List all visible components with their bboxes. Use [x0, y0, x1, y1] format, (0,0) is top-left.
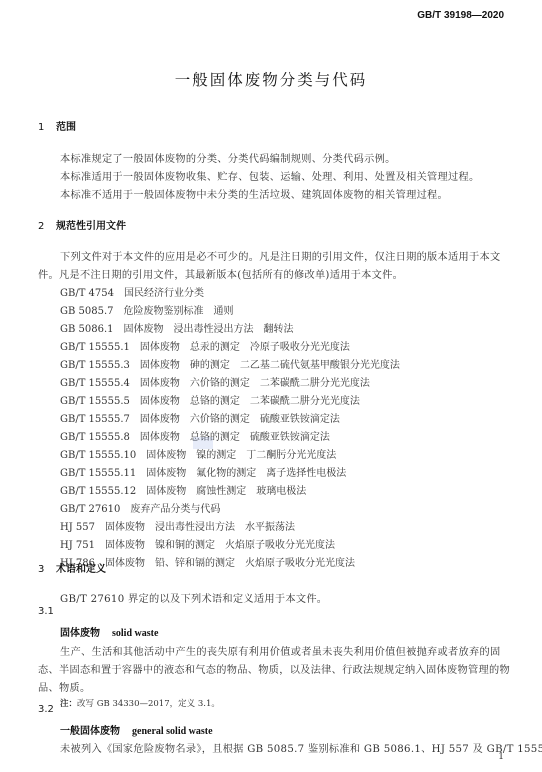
reference-title: 废弃产品分类与代码 [130, 504, 220, 515]
reference-code: GB/T 15555.5 [60, 396, 130, 407]
reference-title: 固体废物 六价铬的测定 二苯碳酰二肼分光光度法 [140, 378, 370, 389]
reference-item: GB 5085.7危险废物鉴别标准 通则 [60, 302, 244, 317]
reference-code: GB 5085.7 [60, 306, 114, 317]
reference-title: 国民经济行业分类 [124, 288, 204, 299]
section-1-heading: 1范围 [38, 118, 76, 133]
reference-title: 固体废物 铅、锌和镉的测定 火焰原子吸收分光光度法 [105, 558, 355, 569]
standard-number: GB/T 39198—2020 [417, 10, 504, 21]
note-text: 改写 GB 34330—2017，定义 3.1。 [77, 699, 220, 709]
section-title: 规范性引用文件 [56, 221, 126, 232]
section-number: 1 [38, 122, 56, 133]
reference-title: 固体废物 氟化物的测定 离子选择性电极法 [146, 468, 346, 479]
document-title: 一般固体废物分类与代码 [0, 68, 542, 90]
reference-code: GB/T 15555.1 [60, 342, 130, 353]
reference-item: GB/T 4754国民经济行业分类 [60, 284, 214, 299]
term-en: solid waste [112, 628, 158, 639]
reference-item: GB/T 15555.4固体废物 六价铬的测定 二苯碳酰二肼分光光度法 [60, 374, 380, 389]
term-zh: 固体废物 [60, 628, 100, 639]
reference-code: GB/T 15555.10 [60, 450, 136, 461]
reference-title: 固体废物 六价铬的测定 硫酸亚铁铵滴定法 [140, 414, 340, 425]
reference-title: 固体废物 浸出毒性浸出方法 水平振荡法 [105, 522, 295, 533]
reference-code: GB/T 15555.7 [60, 414, 130, 425]
paragraph: 本标准适用于一般固体废物收集、贮存、包装、运输、处理、利用、处置及相关管理过程。 [60, 168, 480, 183]
reference-item: GB/T 15555.7固体废物 六价铬的测定 硫酸亚铁铵滴定法 [60, 410, 350, 425]
term-zh: 一般固体废物 [60, 726, 120, 737]
reference-item: HJ 557固体废物 浸出毒性浸出方法 水平振荡法 [60, 518, 305, 533]
paragraph: GB/T 27610 界定的以及下列术语和定义适用于本文件。 [60, 590, 327, 605]
reference-item: GB/T 15555.3固体废物 砷的测定 二乙基二硫代氨基甲酸银分光光度法 [60, 356, 410, 371]
paragraph: 本标准不适用于一般固体废物中未分类的生活垃圾、建筑固体废物的相关管理过程。 [60, 186, 448, 201]
term-note: 注：改写 GB 34330—2017，定义 3.1。 [60, 697, 220, 709]
reference-code: GB/T 15555.4 [60, 378, 130, 389]
reference-title: 固体废物 镍的测定 丁二酮肟分光光度法 [146, 450, 336, 461]
reference-code: HJ 557 [60, 522, 95, 533]
reference-title: 固体废物 镍和铜的测定 火焰原子吸收分光光度法 [105, 540, 335, 551]
reference-title: 固体废物 总铬的测定 二苯碳酰二肼分光光度法 [140, 396, 360, 407]
reference-title: 危险废物鉴别标准 通则 [124, 306, 234, 317]
reference-code: GB/T 15555.8 [60, 432, 130, 443]
reference-code: HJ 751 [60, 540, 95, 551]
page-number: 1 [498, 752, 504, 762]
reference-code: GB/T 27610 [60, 504, 120, 515]
reference-item: GB/T 15555.1固体废物 总汞的测定 冷原子吸收分光光度法 [60, 338, 360, 353]
term-heading: 一般固体废物general solid waste [60, 722, 213, 737]
section-title: 术语和定义 [56, 564, 106, 575]
definition-line: 态、半固态和置于容器中的液态和气态的物品、物质，以及法律、行政法规规定纳入固体废… [38, 661, 510, 676]
reference-title: 固体废物 总汞的测定 冷原子吸收分光光度法 [140, 342, 350, 353]
reference-item: GB/T 15555.5固体废物 总铬的测定 二苯碳酰二肼分光光度法 [60, 392, 370, 407]
reference-title: 固体废物 腐蚀性测定 玻璃电极法 [146, 486, 306, 497]
section-title: 范围 [56, 122, 76, 133]
reference-item: GB 5086.1固体废物 浸出毒性浸出方法 翻转法 [60, 320, 304, 335]
reference-item: HJ 751固体废物 镍和铜的测定 火焰原子吸收分光光度法 [60, 536, 345, 551]
reference-item: GB/T 15555.11固体废物 氟化物的测定 离子选择性电极法 [60, 464, 356, 479]
reference-code: GB/T 15555.11 [60, 468, 136, 479]
reference-title: 固体废物 总铬的测定 硫酸亚铁铵滴定法 [140, 432, 330, 443]
paragraph: 件。凡是不注日期的引用文件，其最新版本(包括所有的修改单)适用于本文件。 [38, 266, 403, 281]
section-2-heading: 2规范性引用文件 [38, 217, 126, 232]
term-heading: 固体废物solid waste [60, 624, 158, 639]
definition-line: 生产、生活和其他活动中产生的丧失原有利用价值或者虽未丧失利用价值但被抛弃或者放弃… [60, 643, 500, 658]
reference-item: GB/T 27610废弃产品分类与代码 [60, 500, 230, 515]
paragraph: 下列文件对于本文件的应用是必不可少的。凡是注日期的引用文件，仅注日期的版本适用于… [60, 248, 500, 263]
reference-code: GB/T 15555.12 [60, 486, 136, 497]
reference-item: GB/T 15555.12固体废物 腐蚀性测定 玻璃电极法 [60, 482, 316, 497]
reference-title: 固体废物 浸出毒性浸出方法 翻转法 [124, 324, 294, 335]
section-3-heading: 3术语和定义 [38, 560, 106, 575]
reference-title: 固体废物 砷的测定 二乙基二硫代氨基甲酸银分光光度法 [140, 360, 400, 371]
reference-code: GB 5086.1 [60, 324, 114, 335]
paragraph: 本标准规定了一般固体废物的分类、分类代码编制规则、分类代码示例。 [60, 150, 396, 165]
section-number: 3 [38, 564, 56, 575]
definition-line: 未被列入《国家危险废物名录》，且根据 GB 5085.7 鉴别标准和 GB 50… [60, 740, 542, 755]
term-number: 3.2 [38, 704, 54, 715]
reference-code: GB/T 4754 [60, 288, 114, 299]
reference-item: GB/T 15555.10固体废物 镍的测定 丁二酮肟分光光度法 [60, 446, 346, 461]
term-en: general solid waste [132, 726, 213, 737]
reference-code: GB/T 15555.3 [60, 360, 130, 371]
definition-line: 品、物质。 [38, 679, 90, 694]
section-number: 2 [38, 221, 56, 232]
note-label: 注： [60, 699, 77, 709]
term-number: 3.1 [38, 606, 54, 617]
